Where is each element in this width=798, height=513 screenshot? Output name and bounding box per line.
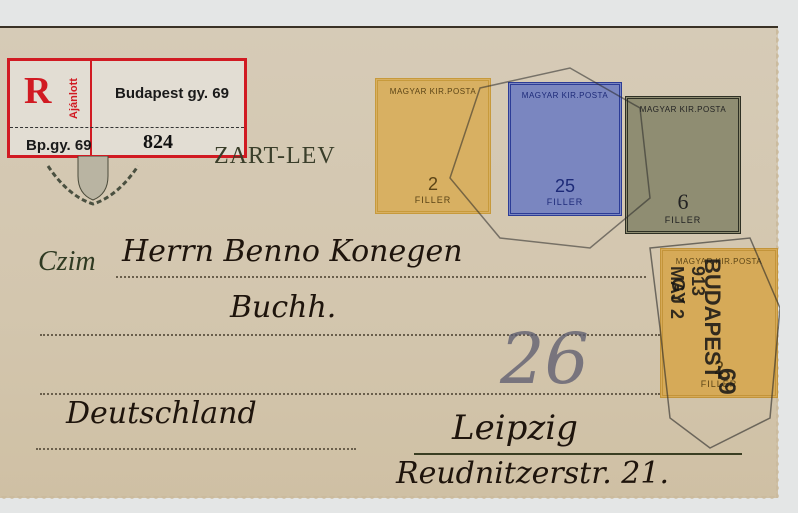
registration-label: R Ajánlott Budapest gy. 69 Bp.gy. 69 824 [7,58,247,158]
registration-side-text: Ajánlott [68,78,80,119]
label-rule [10,127,244,128]
address-label: Czim [38,246,96,278]
card-title: ZART-LEV [214,143,336,170]
address-city: Leipzig [452,408,578,448]
registration-number: 824 [143,131,173,154]
address-dotted-line [36,448,356,450]
registration-office: Budapest gy. 69 [115,85,229,102]
registration-letter: R [24,69,51,113]
address-line-2: Buchh. [230,290,336,325]
pencil-note: 26 [500,318,589,400]
coat-of-arms-icon [38,156,148,206]
postmark-outlines [420,48,780,458]
city-underline [414,453,742,455]
address-dotted-line [116,276,646,278]
address-line-1: Herrn Benno Konegen [122,234,463,269]
letter-card: R Ajánlott Budapest gy. 69 Bp.gy. 69 824… [0,26,778,498]
address-street: Reudnitzerstr. 21. [396,456,669,491]
registration-office-short: Bp.gy. 69 [26,137,92,154]
postmark-number: 69 [712,368,740,395]
postmark-office: GY [667,278,688,304]
address-country: Deutschland [66,396,257,431]
